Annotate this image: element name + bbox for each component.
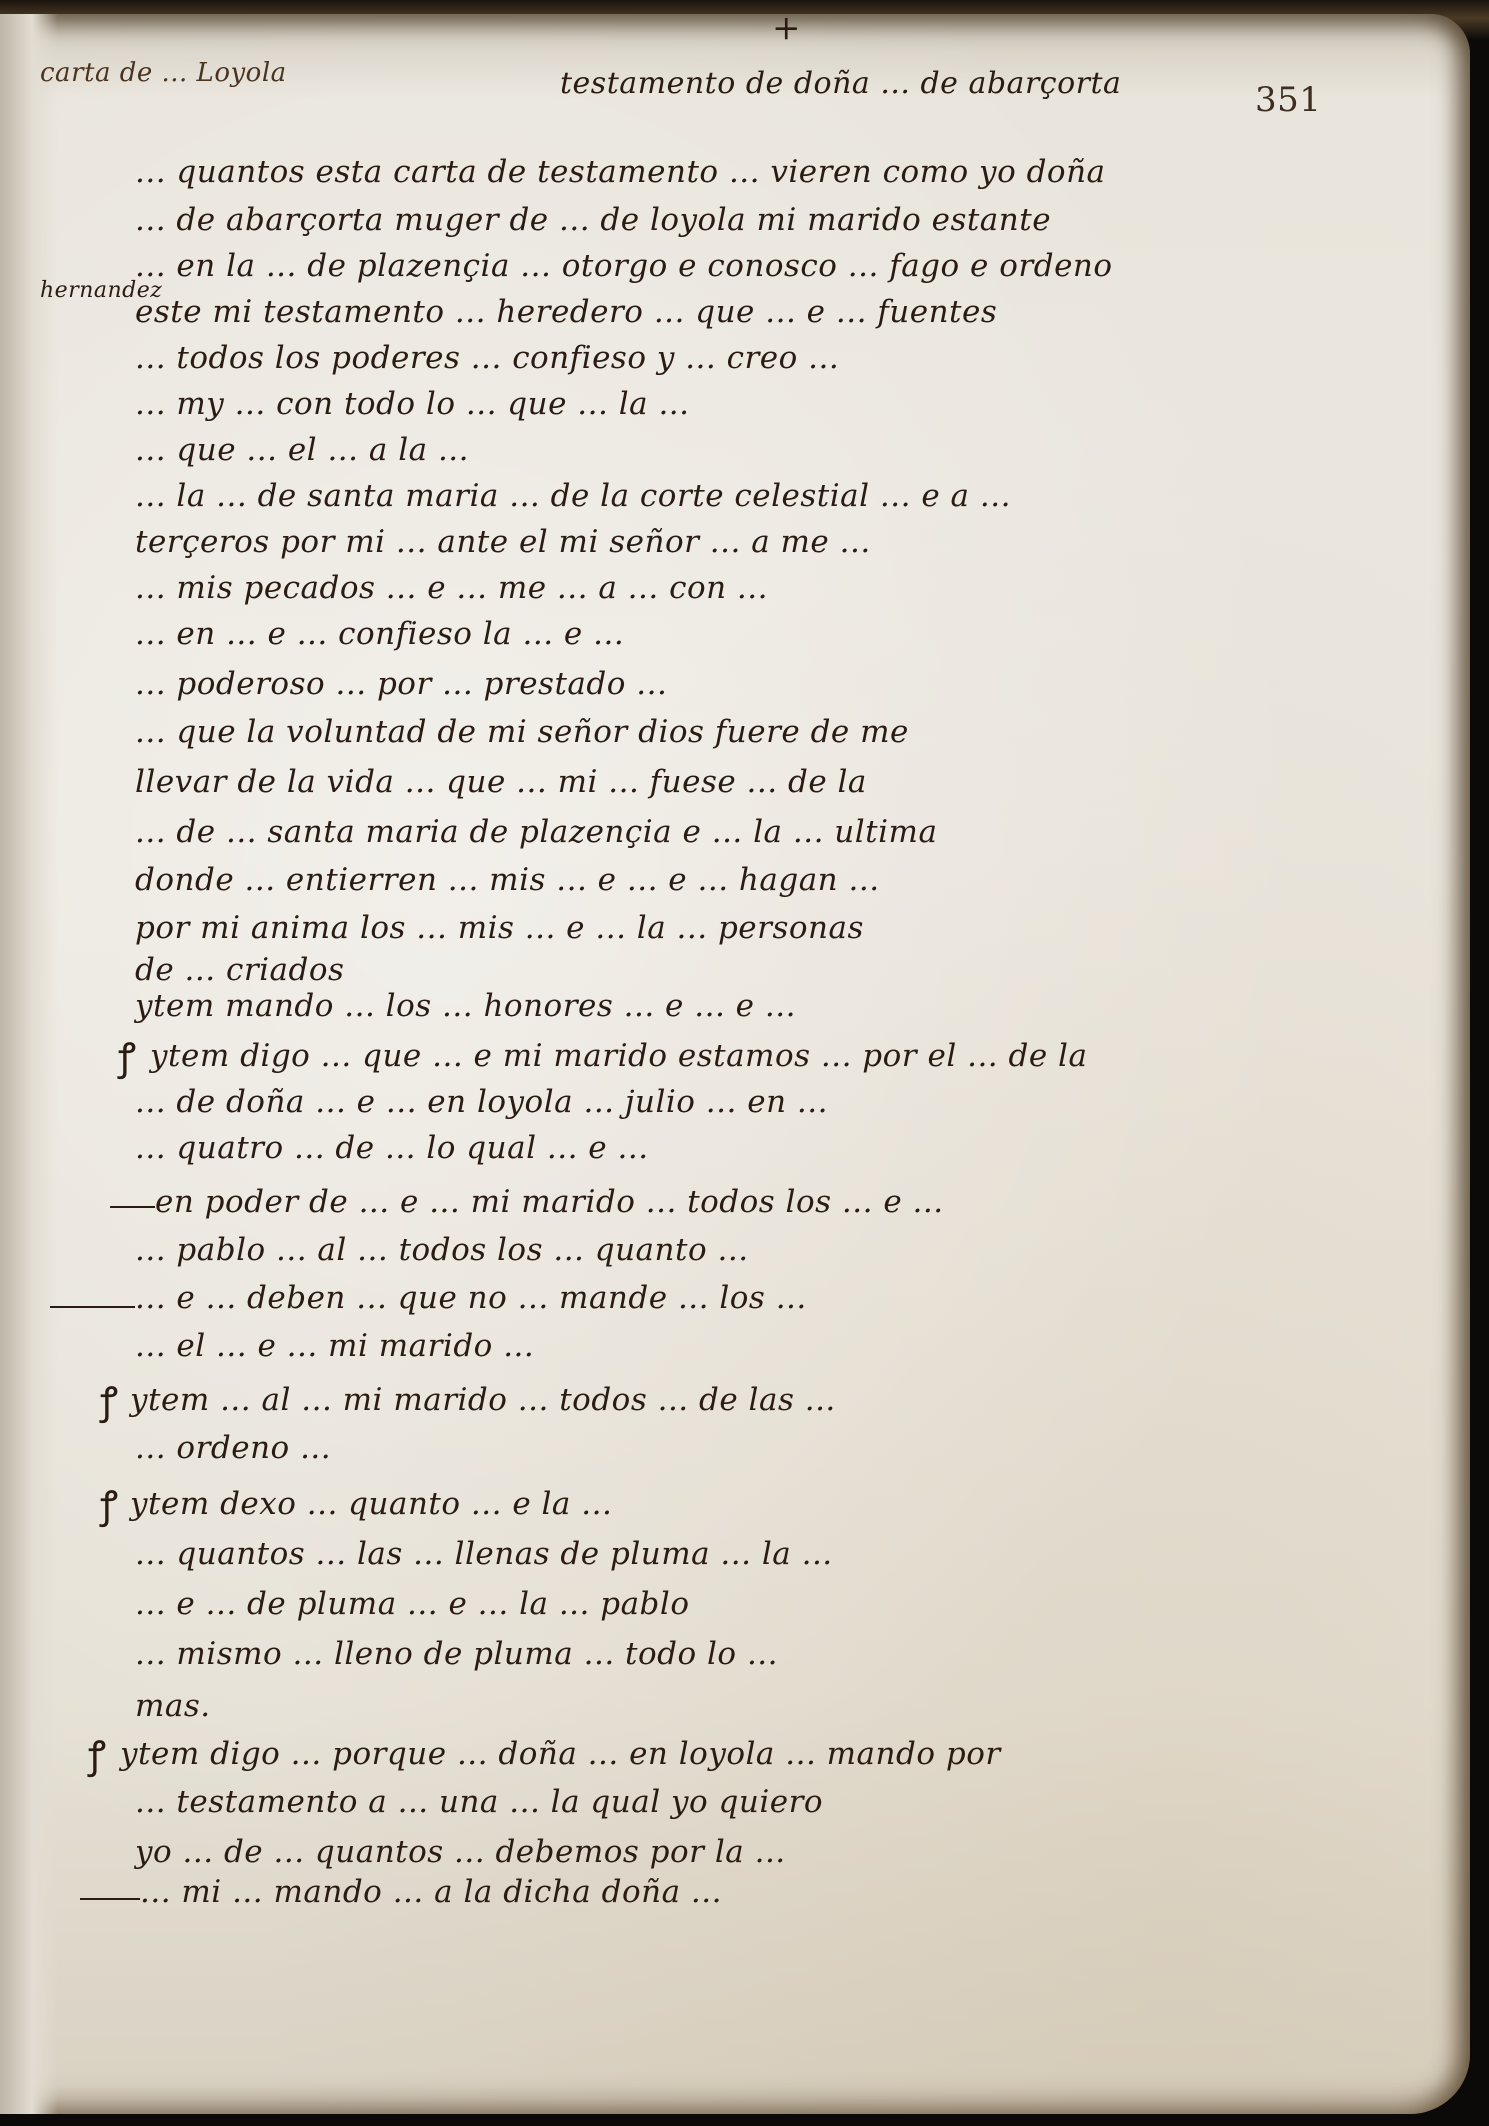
text-line: ... quantos esta carta de testamento ...… <box>135 152 1106 192</box>
cross-mark: + <box>772 8 801 48</box>
text-line: ... poderoso ... por ... prestado ... <box>135 664 667 704</box>
text-line: este mi testamento ... heredero ... que … <box>135 292 997 332</box>
text-line: ... de abarçorta muger de ... de loyola … <box>135 200 1051 240</box>
text-line: ... en la ... de plazençia ... otorgo e … <box>135 246 1113 286</box>
text-line: llevar de la vida ... que ... mi ... fue… <box>135 762 867 802</box>
text-line: ... e ... deben ... que no ... mande ...… <box>135 1278 807 1318</box>
text-line: ytem ... al ... mi marido ... todos ... … <box>130 1380 836 1420</box>
binding-gutter <box>0 14 58 2114</box>
text-line: ytem mando ... los ... honores ... e ...… <box>135 986 796 1026</box>
paragraph-mark: ꝭ <box>88 1728 106 1780</box>
text-line: terçeros por mi ... ante el mi señor ...… <box>135 522 871 562</box>
text-line: ... ordeno ... <box>135 1428 331 1468</box>
text-line: por mi anima los ... mis ... e ... la ..… <box>135 908 864 948</box>
text-line: en poder de ... e ... mi marido ... todo… <box>155 1182 944 1222</box>
paragraph-mark: ꝭ <box>100 1374 118 1426</box>
text-line: ... de doña ... e ... en loyola ... juli… <box>135 1082 828 1122</box>
text-line: ... todos los poderes ... confieso y ...… <box>135 338 839 378</box>
text-line: ... que ... el ... a la ... <box>135 430 469 470</box>
text-line: ytem dexo ... quanto ... e la ... <box>130 1484 612 1524</box>
text-line: ... quatro ... de ... lo qual ... e ... <box>135 1128 649 1168</box>
paragraph-mark: ꝭ <box>118 1030 136 1082</box>
text-line: ... el ... e ... mi marido ... <box>135 1326 534 1366</box>
text-line: ... la ... de santa maria ... de la cort… <box>135 476 1011 516</box>
text-line: ... pablo ... al ... todos los ... quant… <box>135 1230 749 1270</box>
text-line: mas. <box>135 1686 211 1726</box>
text-line: ... my ... con todo lo ... que ... la ..… <box>135 384 690 424</box>
text-line: ... quantos ... las ... llenas de pluma … <box>135 1534 833 1574</box>
text-line: donde ... entierren ... mis ... e ... e … <box>135 860 880 900</box>
text-line: ... mi ... mando ... a la dicha doña ... <box>140 1872 722 1912</box>
text-line: ... de ... santa maria de plazençia e ..… <box>135 812 937 852</box>
heading-left: carta de ... Loyola <box>40 58 287 88</box>
margin-dash <box>50 1306 135 1308</box>
text-line: ... en ... e ... confieso la ... e ... <box>135 614 624 654</box>
text-line: ... mismo ... lleno de pluma ... todo lo… <box>135 1634 778 1674</box>
text-line: ytem digo ... que ... e mi marido estamo… <box>150 1036 1087 1076</box>
text-line: ... e ... de pluma ... e ... la ... pabl… <box>135 1584 689 1624</box>
text-line: yo ... de ... quantos ... debemos por la… <box>135 1832 786 1872</box>
margin-dash <box>80 1898 140 1900</box>
paragraph-mark: ꝭ <box>100 1478 118 1530</box>
text-line: ytem digo ... porque ... doña ... en loy… <box>120 1734 1001 1774</box>
margin-dash <box>110 1206 155 1208</box>
folio-number: 351 <box>1255 80 1321 120</box>
document-title: testamento de doña ... de abarçorta <box>560 66 1121 101</box>
text-line: ... que la voluntad de mi señor dios fue… <box>135 712 909 752</box>
text-line: ... mis pecados ... e ... me ... a ... c… <box>135 568 768 608</box>
text-line: ... testamento a ... una ... la qual yo … <box>135 1782 823 1822</box>
text-line: de ... criados <box>135 950 344 990</box>
